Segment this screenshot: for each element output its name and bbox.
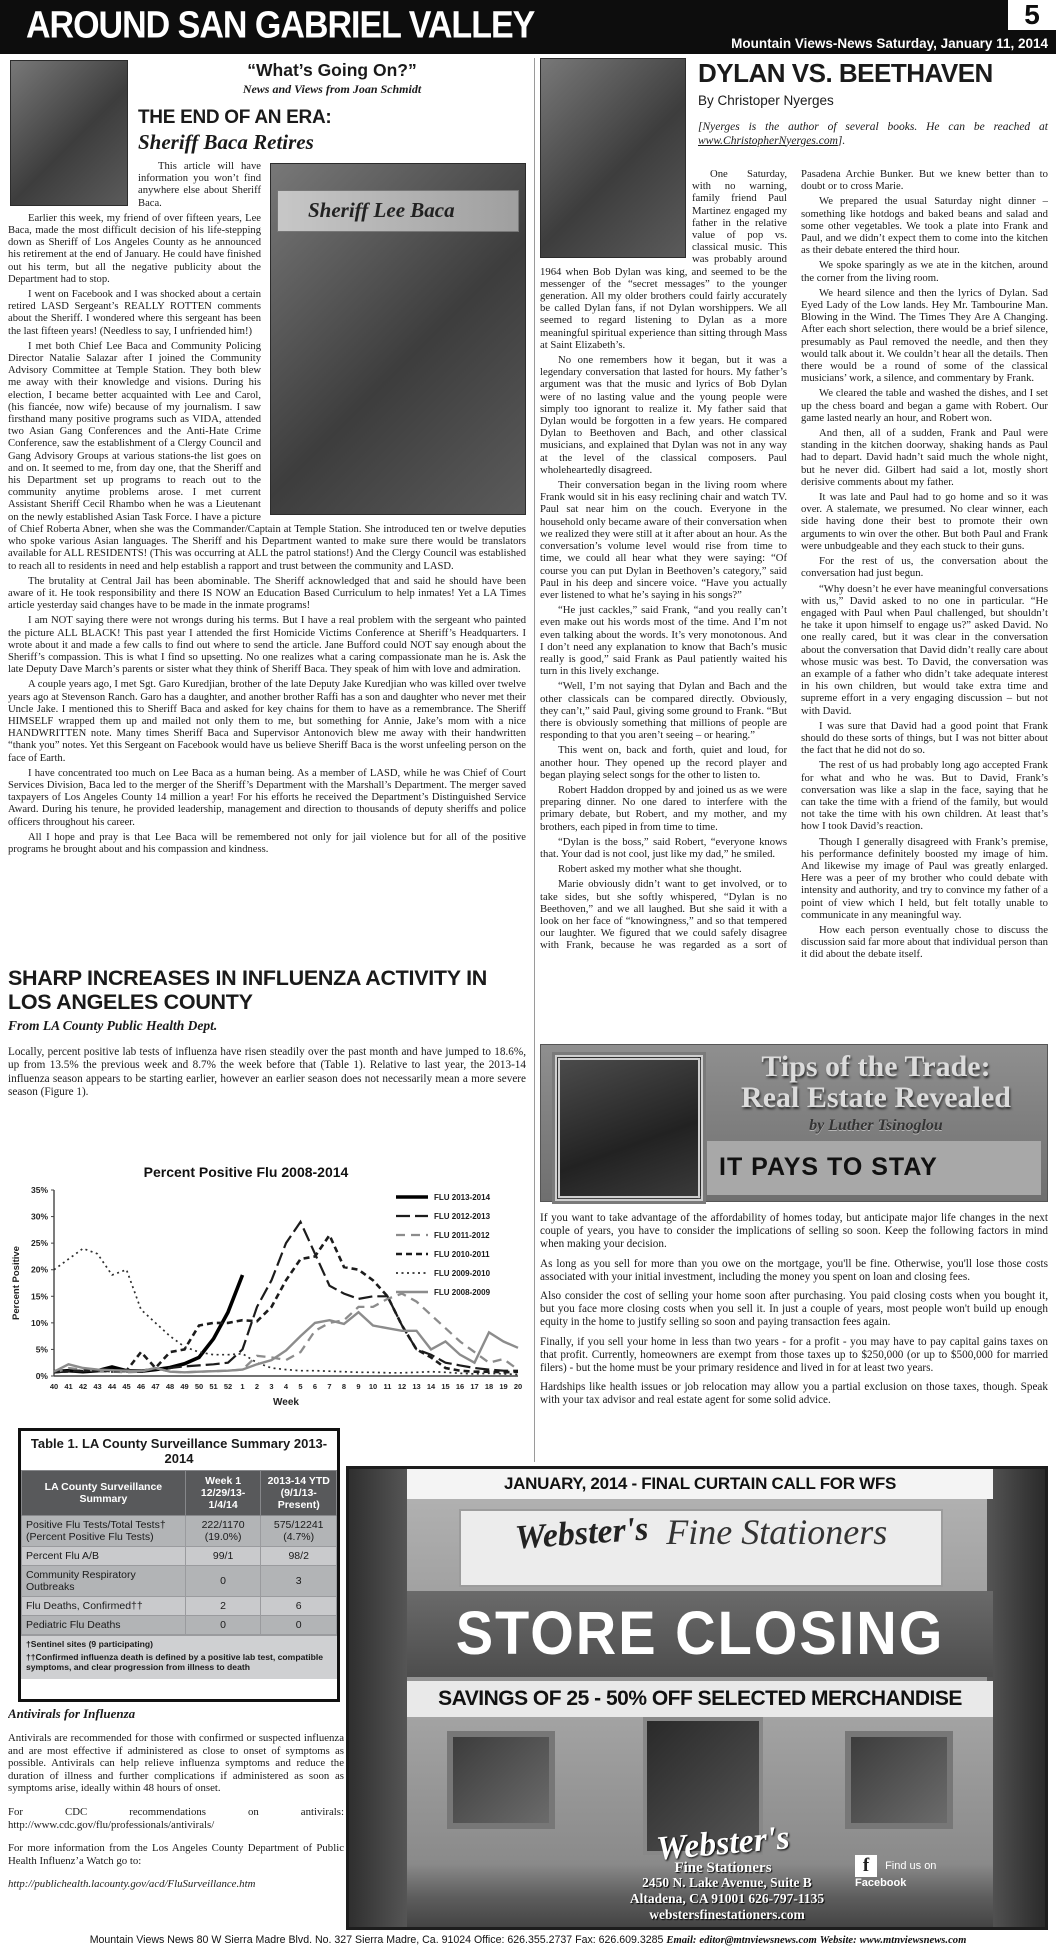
svg-text:51: 51 [209,1382,217,1391]
surveillance-table-title: Table 1. LA County Surveillance Summary … [21,1431,337,1470]
svg-text:FLU 2011-2012: FLU 2011-2012 [434,1231,490,1240]
store-window-left [447,1731,555,1829]
paragraph: Robert Haddon dropped by and joined us a… [540,784,787,833]
svg-text:42: 42 [79,1382,87,1391]
svg-text:12: 12 [398,1382,406,1391]
ad-website-link[interactable]: webstersfinestationers.com [547,1907,907,1923]
flu-chart: Percent Positive Flu 2008-20140%5%10%15%… [8,1162,526,1422]
table-week1-value: 0 [185,1616,261,1635]
tips-headline: IT PAYS TO STAY [707,1141,1041,1182]
ad-address-line1: 2450 N. Lake Avenue, Suite B [547,1875,907,1891]
savings-text: SAVINGS OF 25 - 50% OFF SELECTED MERCHAN… [407,1681,993,1717]
table-row-label: Flu Deaths, Confirmed†† [22,1597,186,1616]
svg-text:2: 2 [255,1382,259,1391]
store-closing-text: STORE CLOSING [407,1587,993,1679]
table-row-label: Pediatric Flu Deaths [22,1616,186,1635]
websters-ad[interactable]: JANUARY, 2014 - FINAL CURTAIN CALL FOR W… [346,1466,1048,1930]
svg-text:20%: 20% [31,1265,48,1275]
svg-text:FLU 2010-2011: FLU 2010-2011 [434,1250,490,1259]
tips-banner-line1: Tips of the Trade: [761,1050,990,1083]
photo-spacer [540,168,692,262]
table-week1-value: 0 [185,1566,261,1597]
dylan-author-note: [Nyerges is the author of several books.… [698,121,1048,167]
ad-address-block: 2450 N. Lake Avenue, Suite B Altadena, C… [547,1875,907,1923]
svg-text:3: 3 [269,1382,273,1391]
svg-text:7: 7 [327,1382,331,1391]
paragraph: “Dylan is the boss,” said Robert, “every… [540,836,787,860]
paragraph: Finally, if you sell your home in less t… [540,1336,1048,1376]
svg-text:Percent Positive Flu 2008-2014: Percent Positive Flu 2008-2014 [144,1164,349,1180]
svg-text:18: 18 [485,1382,493,1391]
footer-email-link[interactable]: editor@mtnviewsnews.com [699,1935,816,1946]
paragraph: All I hope and pray is that Lee Baca wil… [8,832,526,856]
table-week1-value: 222/1170 (19.0%) [185,1516,261,1547]
table-col-header: LA County Surveillance Summary [22,1471,186,1516]
svg-text:46: 46 [137,1382,145,1391]
svg-text:15: 15 [441,1382,449,1391]
svg-text:0%: 0% [36,1371,49,1381]
ad-address-line2: Altadena, CA 91001 626-797-1135 [547,1891,907,1907]
dylan-paragraphs: One Saturday, with no warning, family fr… [540,168,1048,961]
svg-text:20: 20 [514,1382,522,1391]
svg-text:Week: Week [273,1397,299,1408]
svg-text:11: 11 [384,1382,392,1391]
svg-text:16: 16 [456,1382,464,1391]
store-closing-band: STORE CLOSING [407,1591,993,1677]
dylan-article-byline: By Christoper Nyerges [698,93,1048,108]
paragraph: No one remembers how it began, but it wa… [540,354,787,476]
antivirals-section: Antivirals for Influenza Antivirals are … [8,1706,344,1930]
table-ytd-value: 0 [261,1616,337,1635]
paragraph: Also consider the cost of selling your h… [540,1290,1048,1330]
svg-text:Percent Positive: Percent Positive [11,1246,22,1320]
paragraph: It was late and Paul had to go home and … [801,491,1048,552]
svg-text:8: 8 [342,1382,346,1391]
svg-text:6: 6 [313,1382,317,1391]
svg-text:52: 52 [224,1382,232,1391]
antivirals-cdc-link-line[interactable]: For CDC recommendations on antivirals: h… [8,1806,344,1831]
table-footnote: ††Confirmed influenza death is defined b… [26,1652,332,1673]
table-footnotes: †Sentinel sites (9 participating)††Confi… [21,1635,337,1679]
svg-text:14: 14 [427,1382,436,1391]
dylan-article-head: DYLAN VS. BEETHAVEN By Christoper Nyerge… [698,58,1048,118]
paragraph: “Well, I’m not saying that Dylan and Bac… [540,680,787,741]
baca-event-photo: Sheriff Lee Baca [270,163,526,515]
facebook-icon[interactable]: f [855,1855,877,1877]
svg-text:FLU 2008-2009: FLU 2008-2009 [434,1288,491,1297]
footer-website-label: Website: [820,1935,857,1946]
paragraph: We prepared the usual Saturday night din… [801,195,1048,256]
store-window-right [845,1731,953,1829]
baca-photo-banner-text: Sheriff Lee Baca [277,190,519,232]
dylan-article-text: One Saturday, with no warning, family fr… [540,168,1048,1036]
table-body: Positive Flu Tests/Total Tests† (Percent… [22,1516,337,1635]
tips-article-text: If you want to take advantage of the aff… [540,1212,1048,1462]
paragraph: Their conversation began in the living r… [540,479,787,601]
ad-pillar-right [987,1469,1045,1927]
flu-article-head: SHARP INCREASES IN INFLUENZA ACTIVITY IN… [8,966,526,1162]
surveillance-table-grid: LA County Surveillance Summary Week 1 12… [21,1470,337,1635]
nyerges-url-link[interactable]: www.ChristopherNyerges.com [698,135,838,147]
masthead-bar: AROUND SAN GABRIEL VALLEY Mountain Views… [0,0,1056,54]
ad-storefront-sign: Webster's Fine Stationers [459,1509,943,1587]
paragraph: The brutality at Central Jail has been a… [8,576,526,613]
newspaper-page: AROUND SAN GABRIEL VALLEY Mountain Views… [0,0,1056,1957]
svg-text:15%: 15% [31,1291,48,1301]
paragraph: We spoke sparingly as we ate in the kitc… [801,259,1048,283]
svg-text:4: 4 [284,1382,289,1391]
svg-text:10: 10 [369,1382,377,1391]
svg-text:10%: 10% [31,1318,48,1328]
paragraph: I am NOT saying there were not wrongs du… [8,615,526,676]
paragraph: We heard silence and then the lyrics of … [801,287,1048,385]
svg-text:45: 45 [122,1382,130,1391]
masthead-title: AROUND SAN GABRIEL VALLEY [26,4,534,48]
paragraph: For the rest of us, the conversation abo… [801,555,1048,579]
antivirals-paragraph: Antivirals are recommended for those wit… [8,1732,344,1795]
column-divider [534,58,535,1462]
svg-text:25%: 25% [31,1238,48,1248]
tips-banner-line2: Real Estate Revealed [741,1081,1011,1114]
dylan-article-title: DYLAN VS. BEETHAVEN [698,58,1048,89]
surveillance-table: Table 1. LA County Surveillance Summary … [18,1428,340,1702]
paragraph: “Why doesn’t he ever have meaningful con… [801,583,1048,717]
svg-text:41: 41 [64,1382,72,1391]
paragraph: If you want to take advantage of the aff… [540,1212,1048,1252]
svg-text:44: 44 [108,1382,117,1391]
websters-logo-script: Webster's [632,1821,814,1867]
table-footnote: †Sentinel sites (9 participating) [26,1639,332,1650]
paragraph: “He just cackles,” said Frank, “and you … [540,604,787,677]
paragraph: The rest of us had probably long ago acc… [801,759,1048,832]
paragraph: As long as you sell for more than you ow… [540,1258,1048,1284]
footer-email-label: Email: [666,1935,696,1946]
tips-banner-title: Tips of the Trade: Real Estate Revealed [711,1051,1041,1113]
paragraph: I was sure that David had a good point t… [801,720,1048,757]
svg-text:19: 19 [499,1382,507,1391]
svg-text:13: 13 [412,1382,420,1391]
svg-text:43: 43 [93,1382,101,1391]
antivirals-title: Antivirals for Influenza [8,1706,344,1722]
flu-surveillance-link[interactable]: http://publichealth.lacounty.gov/acd/Flu… [8,1878,344,1891]
storefront-photo: Webster's Fine Stationers f Find us on F… [407,1717,993,1927]
svg-text:35%: 35% [31,1185,48,1195]
table-ytd-value: 98/2 [261,1547,337,1566]
svg-text:40: 40 [50,1382,58,1391]
ad-pillar-left [349,1469,407,1927]
svg-text:30%: 30% [31,1212,48,1222]
facebook-find-us: Find us on [885,1860,936,1872]
paragraph: Robert asked my mother what she thought. [540,863,787,875]
svg-text:FLU 2012-2013: FLU 2012-2013 [434,1212,491,1221]
tips-banner-byline: by Luther Tsinoglou [711,1117,1041,1135]
fine-stationers-sign-text: Fine Stationers [666,1511,887,1553]
paragraph: I have concentrated too much on Lee Baca… [8,768,526,829]
paragraph: A couple years ago, I met Sgt. Garo Kure… [8,679,526,764]
svg-text:5: 5 [298,1382,302,1391]
issue-date-line: Mountain Views-News Saturday, January 11… [731,36,1048,51]
table-col-header: Week 1 12/29/13-1/4/14 [185,1471,261,1516]
tips-of-the-trade-banner: Tips of the Trade: Real Estate Revealed … [540,1044,1048,1202]
luther-tsinoglou-photo [555,1055,703,1201]
ad-logo: Webster's Fine Stationers [633,1829,813,1877]
flu-article-source: From LA County Public Health Dept. [8,1018,526,1034]
table-row: Positive Flu Tests/Total Tests† (Percent… [22,1516,337,1547]
table-row: Flu Deaths, Confirmed†† 2 6 [22,1597,337,1616]
table-col-header: 2013-14 YTD (9/1/13-Present) [261,1471,337,1516]
table-row: Pediatric Flu Deaths 0 0 [22,1616,337,1635]
paragraph: And then, all of a sudden, Frank and Pau… [801,427,1048,488]
svg-text:5%: 5% [36,1344,49,1354]
svg-text:1: 1 [240,1382,244,1391]
table-ytd-value: 6 [261,1597,337,1616]
footer-info: Mountain Views News 80 W Sierra Madre Bl… [90,1934,664,1946]
ad-top-line: JANUARY, 2014 - FINAL CURTAIN CALL FOR W… [407,1469,993,1499]
svg-text:FLU 2009-2010: FLU 2009-2010 [434,1269,491,1278]
table-row-label: Percent Flu A/B [22,1547,186,1566]
paragraph: Though I generally disagreed with Frank’… [801,836,1048,921]
table-week1-value: 2 [185,1597,261,1616]
joan-schmidt-photo [10,60,128,206]
page-footer: Mountain Views News 80 W Sierra Madre Bl… [0,1934,1056,1956]
svg-text:17: 17 [470,1382,478,1391]
paragraph: How each person eventually chose to disc… [801,924,1048,961]
footer-website-link[interactable]: www.mtnviewsnews.com [860,1935,967,1946]
table-row-label: Community Respiratory Outbreaks [22,1566,186,1597]
svg-text:9: 9 [356,1382,360,1391]
paragraph: This went on, back and forth, quiet and … [540,744,787,781]
flu-article-title: SHARP INCREASES IN INFLUENZA ACTIVITY IN… [8,966,526,1014]
note-text: ]. [838,135,845,147]
svg-text:50: 50 [195,1382,203,1391]
table-week1-value: 99/1 [185,1547,261,1566]
savings-band: SAVINGS OF 25 - 50% OFF SELECTED MERCHAN… [407,1681,993,1717]
table-row: Percent Flu A/B 99/1 98/2 [22,1547,337,1566]
table-ytd-value: 3 [261,1566,337,1597]
page-number: 5 [1008,0,1056,30]
paragraph: We cleared the table and washed the dish… [801,387,1048,424]
svg-text:48: 48 [166,1382,174,1391]
paragraph: Hardships like health issues or job relo… [540,1381,1048,1407]
antivirals-more-info: For more information from the Los Angele… [8,1842,344,1867]
svg-text:FLU 2013-2014: FLU 2013-2014 [434,1193,491,1202]
note-text: [Nyerges is the author of several books.… [698,121,1048,133]
svg-text:49: 49 [180,1382,188,1391]
baca-article: “What’s Going On?” News and Views from J… [8,58,526,962]
tips-headline-box: IT PAYS TO STAY [707,1141,1041,1195]
table-row: Community Respiratory Outbreaks 0 3 [22,1566,337,1597]
websters-script-logo: Webster's [514,1510,650,1557]
table-row-label: Positive Flu Tests/Total Tests† (Percent… [22,1516,186,1547]
svg-text:47: 47 [151,1382,159,1391]
flu-article-intro: Locally, percent positive lab tests of i… [8,1046,526,1100]
table-ytd-value: 575/12241 (4.7%) [261,1516,337,1547]
